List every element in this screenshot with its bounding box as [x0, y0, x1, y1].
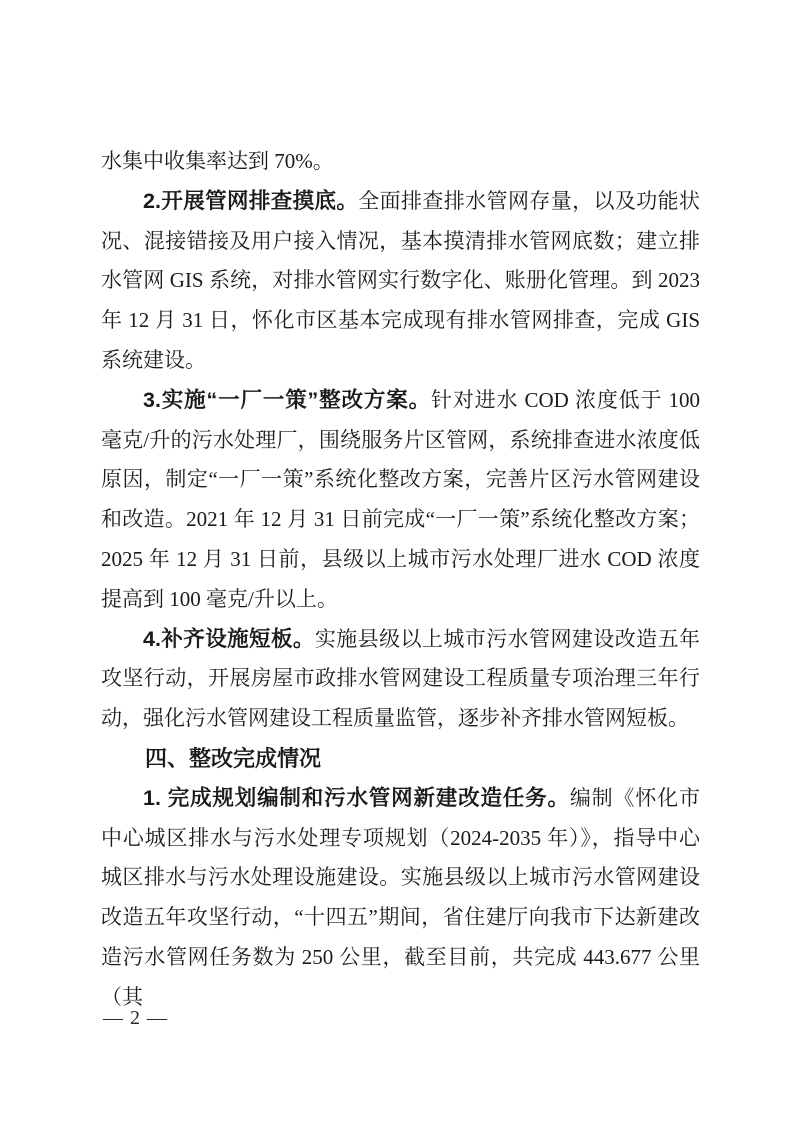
paragraph-lead: 1. 完成规划编制和污水管网新建改造任务。 — [143, 786, 570, 810]
paragraph-lead: 4.补齐设施短板。 — [143, 627, 315, 651]
paragraph-text: 全面排查排水管网存量，以及功能状况、混接错接及用户接入情况，基本摸清排水管网底数… — [101, 189, 700, 372]
paragraph-item-3: 3.实施“一厂一策”整改方案。针对进水 COD 浓度低于 100 毫克/升的污水… — [101, 381, 700, 620]
document-page: 水集中收集率达到 70%。 2.开展管网排查摸底。全面排查排水管网存量，以及功能… — [0, 0, 793, 1122]
paragraph-item-4: 4.补齐设施短板。实施县级以上城市污水管网建设改造五年攻坚行动，开展房屋市政排水… — [101, 620, 700, 739]
page-number: — 2 — — [103, 1004, 168, 1032]
section-heading: 四、整改完成情况 — [101, 739, 700, 779]
paragraph-text: 水集中收集率达到 70%。 — [101, 149, 334, 173]
paragraph-lead: 3.实施“一厂一策”整改方案。 — [143, 388, 431, 412]
paragraph-item-1: 1. 完成规划编制和污水管网新建改造任务。编制《怀化市中心城区排水与污水处理专项… — [101, 779, 700, 1018]
paragraph-lead: 2.开展管网排查摸底。 — [143, 189, 358, 213]
paragraph-item-2: 2.开展管网排查摸底。全面排查排水管网存量，以及功能状况、混接错接及用户接入情况… — [101, 182, 700, 381]
document-body: 水集中收集率达到 70%。 2.开展管网排查摸底。全面排查排水管网存量，以及功能… — [101, 142, 700, 1018]
paragraph-continuation: 水集中收集率达到 70%。 — [101, 142, 700, 182]
paragraph-text: 编制《怀化市中心城区排水与污水处理专项规划（2024-2035 年）》，指导中心… — [101, 786, 700, 1009]
paragraph-text: 针对进水 COD 浓度低于 100 毫克/升的污水处理厂，围绕服务片区管网，系统… — [101, 388, 700, 611]
